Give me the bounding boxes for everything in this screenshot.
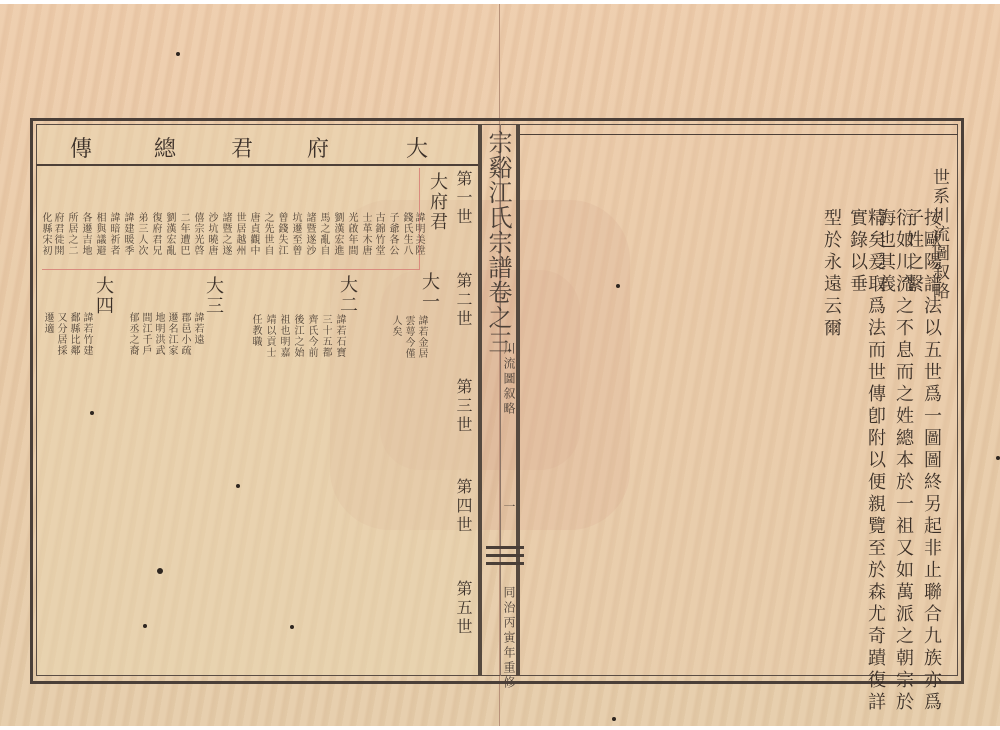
note-col: 劉漢宏亂 bbox=[164, 212, 174, 256]
note-col: 之先世自 bbox=[262, 212, 272, 256]
note-col: 劉漢宏進 bbox=[332, 212, 342, 256]
note-col: 諸暨之遂 bbox=[220, 212, 230, 256]
ink-speck bbox=[157, 568, 163, 574]
note-col: 所居之二 bbox=[66, 212, 76, 256]
text-column-3: 精矣爰取爲法而世傳卽附以便親覽至於森尤奇蹟復詳實錄以垂 bbox=[848, 208, 884, 730]
note-col: 諱暗祈者 bbox=[108, 212, 118, 256]
branch-note: 諱若竹建 bbox=[81, 312, 91, 356]
fishtail-mark-3 bbox=[486, 562, 524, 565]
branch-note: 又分居採 bbox=[55, 312, 65, 356]
ink-speck bbox=[236, 484, 240, 488]
branch-note: 人矣 bbox=[390, 315, 400, 337]
generation-label-1: 第一世 bbox=[455, 170, 471, 227]
book-title: 宗谿江氏宗譜卷之三 bbox=[486, 130, 510, 355]
left-page-header: 大 府 君 總 傳 bbox=[36, 124, 478, 166]
branch-da1: 大一 bbox=[420, 272, 438, 312]
header-char-3: 君 bbox=[231, 132, 253, 163]
branch-da3: 大三 bbox=[204, 276, 222, 316]
branch-note: 間江千戶 bbox=[140, 312, 150, 356]
page-number: 一 bbox=[503, 500, 515, 515]
header-char-5: 傳 bbox=[70, 132, 92, 163]
note-col: 二年遭巴 bbox=[178, 212, 188, 256]
note-col: 諱建暖季 bbox=[122, 212, 132, 256]
note-col: 僖宗光啓 bbox=[192, 212, 202, 256]
branch-note: 祖也明嘉 bbox=[278, 314, 288, 358]
branch-note: 郁丞之裔 bbox=[127, 312, 137, 356]
note-col: 各遷吉地 bbox=[80, 212, 90, 256]
note-col: 曾錢失江 bbox=[276, 212, 286, 256]
ink-speck bbox=[612, 717, 616, 721]
branch-note: 諱若遠 bbox=[192, 312, 202, 345]
note-col: 府君徙開 bbox=[52, 212, 62, 256]
ink-speck bbox=[290, 625, 294, 629]
ink-speck bbox=[616, 284, 620, 288]
section-title: 川流圖叙略 bbox=[503, 342, 515, 417]
note-col: 子爺各公 bbox=[387, 212, 397, 256]
note-col: 古錦竹堂 bbox=[373, 212, 383, 256]
branch-note: 郡邑小疏 bbox=[179, 312, 189, 356]
branch-note: 地明洪武 bbox=[153, 312, 163, 356]
branch-note: 遷名江家 bbox=[166, 312, 176, 356]
fishtail-mark-2 bbox=[486, 554, 524, 557]
note-col: 錢氏生八 bbox=[401, 212, 411, 256]
branch-note: 諱若石寶 bbox=[334, 314, 344, 358]
ink-speck bbox=[143, 624, 147, 628]
branch-note: 後江之始 bbox=[292, 314, 302, 358]
branch-note: 任教職 bbox=[250, 314, 260, 347]
note-col: 坑遷至曾 bbox=[290, 212, 300, 256]
branch-note: 諱若金居 bbox=[416, 315, 426, 359]
header-char-2: 府 bbox=[307, 132, 329, 163]
ancestor-dafujun: 大府君 bbox=[428, 172, 446, 232]
header-char-4: 總 bbox=[154, 132, 176, 163]
ink-speck bbox=[996, 456, 1000, 460]
right-page-top-rule bbox=[520, 134, 958, 135]
note-col: 諱明美陞 bbox=[413, 212, 423, 256]
text-column-4: 型於永遠云爾 bbox=[822, 208, 840, 340]
ink-speck bbox=[90, 411, 94, 415]
note-col: 士革木唐 bbox=[360, 212, 370, 256]
generation-label-4: 第四世 bbox=[455, 478, 471, 535]
note-col: 沙坑曉唐 bbox=[206, 212, 216, 256]
branch-note: 三十五都 bbox=[320, 314, 330, 358]
note-col: 復府君兄 bbox=[150, 212, 160, 256]
generation-label-3: 第三世 bbox=[455, 378, 471, 435]
branch-note: 靖以貢士 bbox=[264, 314, 274, 358]
note-col: 唐貞觀中 bbox=[248, 212, 258, 256]
note-col: 諸暨遂沙 bbox=[304, 212, 314, 256]
generation-label-2: 第二世 bbox=[455, 272, 471, 329]
branch-da2: 大二 bbox=[338, 275, 356, 315]
edition-note: 同治丙寅年重修 bbox=[503, 586, 515, 691]
note-col: 馬之亂自 bbox=[318, 212, 328, 256]
generation-label-5: 第五世 bbox=[455, 580, 471, 637]
note-col: 光啟年間 bbox=[346, 212, 356, 256]
note-col: 弟三人次 bbox=[136, 212, 146, 256]
note-col: 相與議避 bbox=[94, 212, 104, 256]
branch-note: 雲萼今僅 bbox=[403, 315, 413, 359]
note-col: 化縣宋初 bbox=[40, 212, 50, 256]
branch-note: 遷適 bbox=[42, 312, 52, 334]
center-gutter-right-rule bbox=[516, 124, 520, 676]
note-col: 世居越州 bbox=[234, 212, 244, 256]
branch-note: 齊氏今前 bbox=[306, 314, 316, 358]
header-char-1: 大 bbox=[406, 132, 428, 163]
fishtail-mark-1 bbox=[486, 546, 524, 549]
branch-da4: 大四 bbox=[94, 276, 112, 316]
ink-speck bbox=[176, 52, 180, 56]
center-gutter-left-rule bbox=[478, 124, 482, 676]
branch-note: 鄱縣比鄰 bbox=[68, 312, 78, 356]
